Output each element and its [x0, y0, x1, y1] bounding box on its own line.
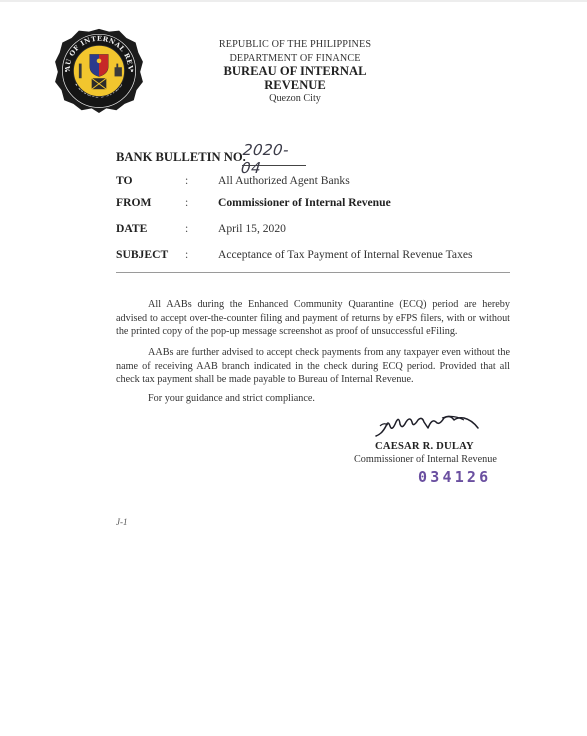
control-number-stamp: 034126 — [418, 468, 491, 486]
memo-key: SUBJECT — [116, 248, 168, 261]
body-paragraph-1-text: All AABs during the Enhanced Community Q… — [116, 299, 510, 337]
signatory-name: CAESAR R. DULAY — [375, 441, 474, 452]
body-paragraph-1: All AABs during the Enhanced Community Q… — [116, 298, 510, 339]
body-paragraph-2: AABs are further advised to accept check… — [116, 346, 510, 387]
bir-seal-logo: BUREAU OF INTERNAL REVENUE PHILIPPINES — [53, 27, 145, 113]
memo-value: Acceptance of Tax Payment of Internal Re… — [218, 248, 473, 261]
header-divider — [116, 272, 510, 273]
memo-key: DATE — [116, 222, 147, 235]
page-reference: J-1 — [116, 517, 128, 527]
page-top-edge — [0, 0, 587, 2]
letterhead-department: DEPARTMENT OF FINANCE — [195, 52, 395, 66]
memo-colon: : — [185, 222, 188, 235]
memo-key: TO — [116, 174, 133, 187]
letterhead: REPUBLIC OF THE PHILIPPINES DEPARTMENT O… — [195, 38, 395, 106]
bulletin-label: BANK BULLETIN NO. — [116, 150, 246, 165]
signatory-title: Commissioner of Internal Revenue — [354, 454, 497, 465]
memo-key: FROM — [116, 196, 151, 209]
body-paragraph-3: For your guidance and strict compliance. — [148, 393, 315, 404]
letterhead-republic: REPUBLIC OF THE PHILIPPINES — [195, 38, 395, 52]
letterhead-city: Quezon City — [195, 92, 395, 106]
memo-value: April 15, 2020 — [218, 222, 286, 235]
bulletin-number-field: 2020- 04 — [242, 141, 306, 166]
memo-colon: : — [185, 248, 188, 261]
body-paragraph-2-text: AABs are further advised to accept check… — [116, 347, 510, 385]
letterhead-bureau: BUREAU OF INTERNAL REVENUE — [195, 65, 395, 92]
memo-value: Commissioner of Internal Revenue — [218, 196, 391, 209]
signature-scribble — [372, 412, 502, 442]
bulletin-number-handwritten: 2020- 04 — [240, 141, 308, 177]
memo-colon: : — [185, 196, 188, 209]
memo-value: All Authorized Agent Banks — [218, 174, 350, 187]
memo-colon: : — [185, 174, 188, 187]
